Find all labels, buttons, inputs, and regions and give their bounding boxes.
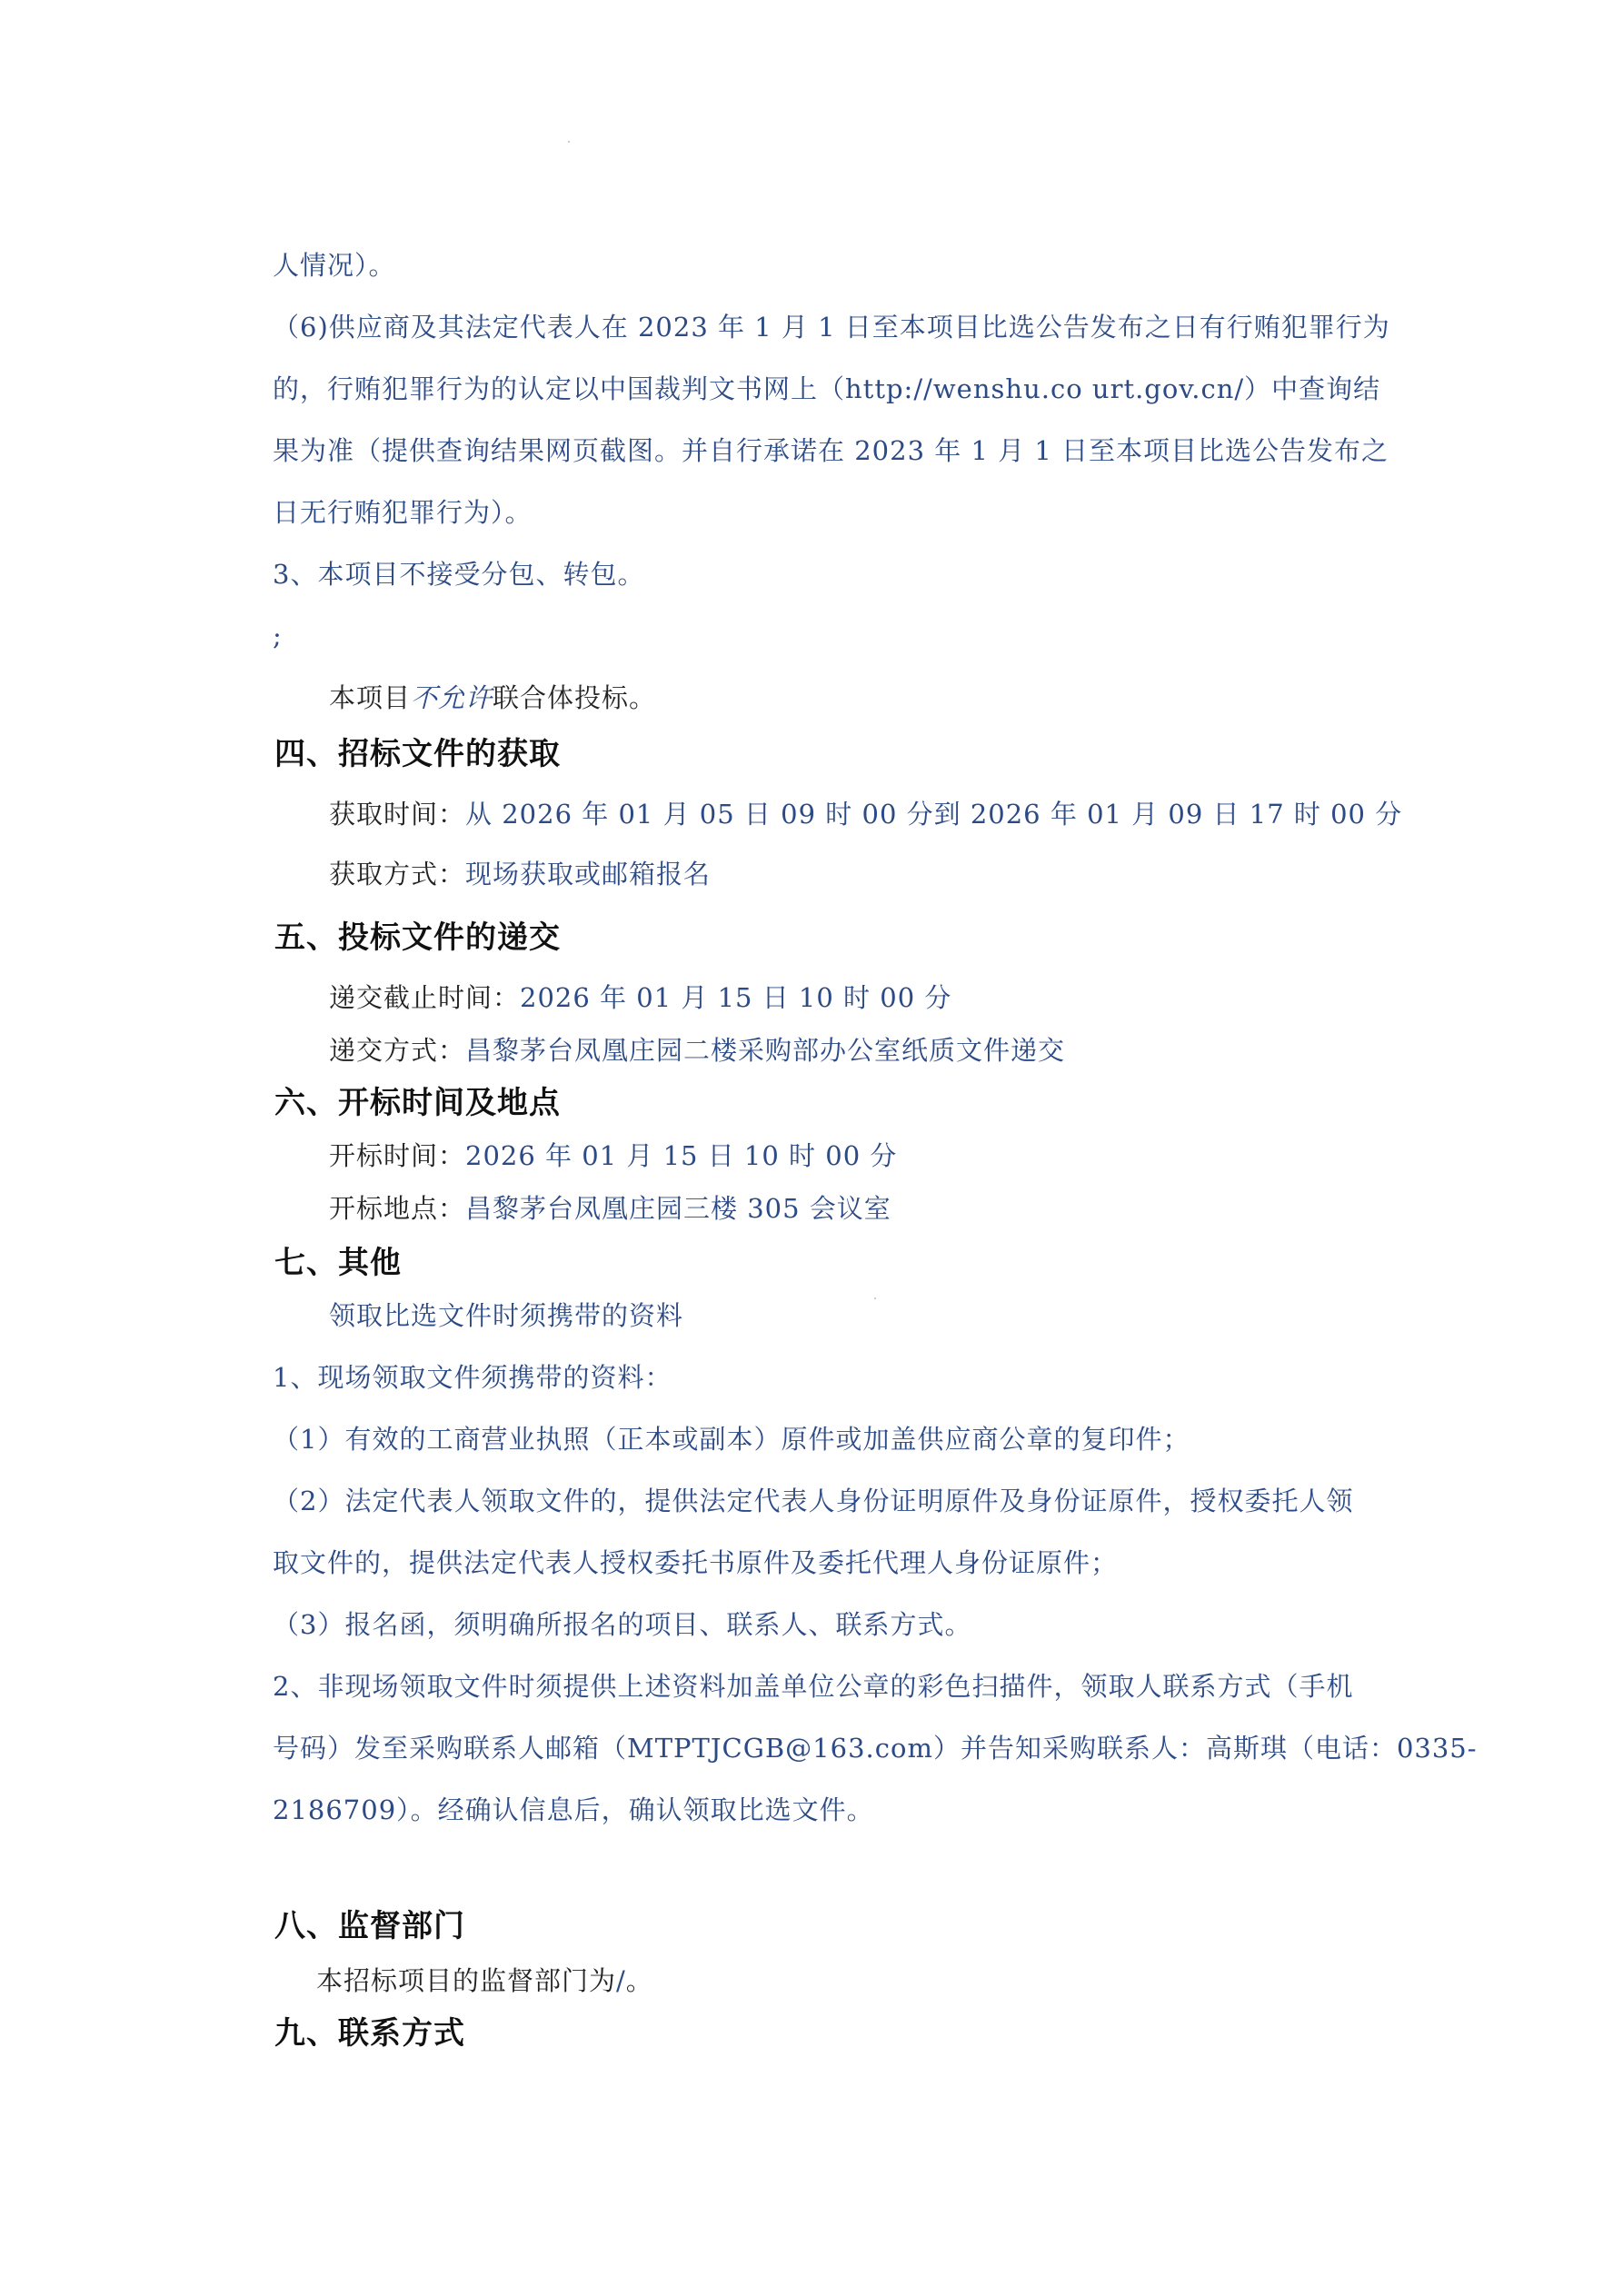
text-line: 2、非现场领取文件时须提供上述资料加盖单位公章的彩色扫描件，领取人联系方式（手机: [273, 1668, 1353, 1705]
section-heading-6: 六、开标时间及地点: [274, 1083, 561, 1123]
field-line: 获取方式：现场获取或邮箱报名: [329, 856, 711, 892]
field-line: 递交方式：昌黎茅台凤凰庄园二楼采购部办公室纸质文件递交: [329, 1032, 1065, 1068]
text-line: 1、现场领取文件须携带的资料：: [273, 1359, 672, 1396]
text-line: ;: [273, 618, 283, 654]
text-line: （1）有效的工商营业执照（正本或副本）原件或加盖供应商公章的复印件；: [273, 1421, 1190, 1457]
scan-speck: [874, 1297, 876, 1299]
consortium-prefix: 本项目: [329, 682, 411, 713]
section-heading-7: 七、其他: [274, 1243, 402, 1283]
field-line: 获取时间：从 2026 年 01 月 05 日 09 时 00 分到 2026 …: [329, 796, 1402, 832]
field-value: 现场获取或邮箱报名: [465, 859, 711, 890]
section-heading-4: 四、招标文件的获取: [274, 734, 561, 774]
text-line: 号码）发至采购联系人邮箱（MTPTJCGB@163.com）并告知采购联系人：高…: [273, 1730, 1478, 1766]
field-label: 开标地点：: [329, 1193, 465, 1224]
text-line: （3）报名函，须明确所报名的项目、联系人、联系方式。: [273, 1606, 971, 1643]
field-line: 递交截止时间：2026 年 01 月 15 日 10 时 00 分: [329, 979, 951, 1016]
text-line: （6)供应商及其法定代表人在 2023 年 1 月 1 日至本项目比选公告发布之…: [273, 309, 1390, 345]
supervision-suffix: 。: [626, 1965, 653, 1996]
text-line: 领取比选文件时须携带的资料: [329, 1297, 683, 1334]
field-value: 从 2026 年 01 月 05 日 09 时 00 分到 2026 年 01 …: [465, 799, 1402, 830]
consortium-value: 不允许: [411, 682, 493, 713]
field-value: 昌黎茅台凤凰庄园二楼采购部办公室纸质文件递交: [465, 1035, 1065, 1066]
field-line: 开标时间：2026 年 01 月 15 日 10 时 00 分: [329, 1138, 897, 1174]
text-line: 人情况）。: [273, 247, 396, 283]
field-value: 2026 年 01 月 15 日 10 时 00 分: [465, 1140, 897, 1171]
field-label: 递交截止时间：: [329, 982, 520, 1013]
consortium-suffix: 联合体投标。: [493, 682, 656, 713]
text-line: 果为准（提供查询结果网页截图。并自行承诺在 2023 年 1 月 1 日至本项目…: [273, 432, 1389, 469]
section-heading-5: 五、投标文件的递交: [274, 918, 561, 958]
supervision-line: 本招标项目的监督部门为/。: [316, 1963, 653, 1999]
field-label: 获取方式：: [329, 859, 465, 890]
field-line: 开标地点：昌黎茅台凤凰庄园三楼 305 会议室: [329, 1190, 891, 1227]
text-line: 的，行贿犯罪行为的认定以中国裁判文书网上（http://wenshu.co ur…: [273, 371, 1380, 407]
scan-speck: [568, 141, 570, 143]
text-line: 2186709）。经确认信息后，确认领取比选文件。: [273, 1792, 874, 1828]
field-label: 开标时间：: [329, 1140, 465, 1171]
supervision-value: /: [616, 1965, 626, 1996]
text-line: 3、本项目不接受分包、转包。: [273, 556, 644, 592]
supervision-prefix: 本招标项目的监督部门为: [316, 1965, 616, 1996]
text-line: 取文件的，提供法定代表人授权委托书原件及委托代理人身份证原件；: [273, 1545, 1118, 1581]
field-value: 2026 年 01 月 15 日 10 时 00 分: [520, 982, 951, 1013]
consortium-line: 本项目不允许联合体投标。: [329, 680, 656, 716]
field-label: 递交方式：: [329, 1035, 465, 1066]
section-heading-9: 九、联系方式: [274, 2013, 465, 2053]
text-line: （2）法定代表人领取文件的，提供法定代表人身份证明原件及身份证原件，授权委托人领: [273, 1483, 1353, 1519]
section-heading-8: 八、监督部门: [274, 1906, 465, 1946]
text-line: 日无行贿犯罪行为）。: [273, 494, 533, 531]
field-label: 获取时间：: [329, 799, 465, 830]
field-value: 昌黎茅台凤凰庄园三楼 305 会议室: [465, 1193, 891, 1224]
